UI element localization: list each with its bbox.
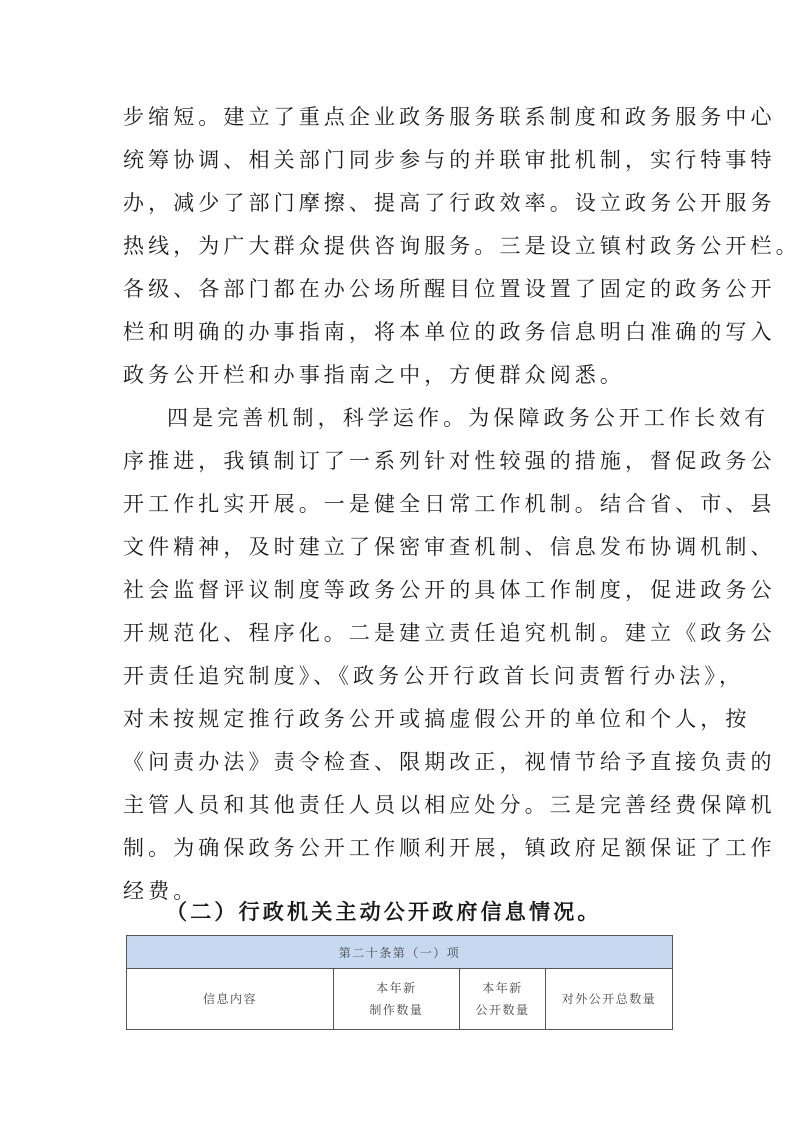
table-title: 第二十条第（一）项 [127, 936, 673, 969]
column-header-info-content: 信息内容 [127, 969, 334, 1030]
paragraph-2-line-1: 四是完善机制，科学运作。为保障政务公开工作长效有 [123, 397, 679, 440]
paragraph-2-line-7: 开责任追究制度》、《政务公开行政首长问责暂行办法》， [123, 655, 679, 698]
column-header-label-line2: 制作数量 [334, 999, 459, 1021]
info-disclosure-table: 第二十条第（一）项 信息内容 本年新 制作数量 本年新 公开数量 对外公开总数量 [126, 935, 673, 1030]
paragraph-2-line-4: 文件精神，及时建立了保密审查机制、信息发布协调机制、 [123, 526, 679, 569]
paragraph-2-line-5: 社会监督评议制度等政务公开的具体工作制度，促进政务公 [123, 569, 679, 612]
paragraph-2-line-6: 开规范化、程序化。二是建立责任追究机制。建立《政务公 [123, 612, 679, 655]
column-header-label-line2: 公开数量 [460, 999, 545, 1021]
paragraph-2-line-10: 主管人员和其他责任人员以相应处分。三是完善经费保障机 [123, 784, 679, 827]
paragraph-2-line-3: 开工作扎实开展。一是健全日常工作机制。结合省、市、县 [123, 483, 679, 526]
paragraph-2-line-11: 制。为确保政务公开工作顺利开展，镇政府足额保证了工作 [123, 827, 679, 870]
paragraph-1-line-1: 步缩短。建立了重点企业政务服务联系制度和政务服务中心 [123, 96, 679, 139]
column-header-label-line1: 本年新 [334, 977, 459, 999]
paragraph-2-line-2: 序推进，我镇制订了一系列针对性较强的措施，督促政务公 [123, 440, 679, 483]
column-header-label: 对外公开总数量 [562, 992, 657, 1006]
column-header-new-produced: 本年新 制作数量 [334, 969, 460, 1030]
paragraph-1-line-7: 政务公开栏和办事指南之中，方便群众阅悉。 [123, 354, 679, 397]
paragraph-1-line-3: 办，减少了部门摩擦、提高了行政效率。设立政务公开服务 [123, 182, 679, 225]
document-page: 步缩短。建立了重点企业政务服务联系制度和政务服务中心 统筹协调、相关部门同步参与… [0, 0, 800, 1130]
paragraph-2-line-8: 对未按规定推行政务公开或搞虚假公开的单位和个人，按 [123, 698, 679, 741]
section-heading: （二）行政机关主动公开政府信息情况。 [166, 894, 602, 930]
column-header-total-published: 对外公开总数量 [546, 969, 673, 1030]
paragraph-1-line-5: 各级、各部门都在办公场所醒目位置设置了固定的政务公开 [123, 268, 679, 311]
table-header-row: 信息内容 本年新 制作数量 本年新 公开数量 对外公开总数量 [127, 969, 673, 1030]
column-header-label: 信息内容 [203, 992, 257, 1006]
table-title-row: 第二十条第（一）项 [127, 936, 673, 969]
column-header-new-published: 本年新 公开数量 [459, 969, 545, 1030]
body-text: 步缩短。建立了重点企业政务服务联系制度和政务服务中心 统筹协调、相关部门同步参与… [123, 96, 679, 913]
paragraph-2-line-9: 《问责办法》责令检查、限期改正，视情节给予直接负责的 [123, 741, 679, 784]
paragraph-1-line-4: 热线，为广大群众提供咨询服务。三是设立镇村政务公开栏。 [123, 225, 679, 268]
paragraph-1-line-2: 统筹协调、相关部门同步参与的并联审批机制，实行特事特 [123, 139, 679, 182]
column-header-label-line1: 本年新 [460, 977, 545, 999]
paragraph-1-line-6: 栏和明确的办事指南，将本单位的政务信息明白准确的写入 [123, 311, 679, 354]
